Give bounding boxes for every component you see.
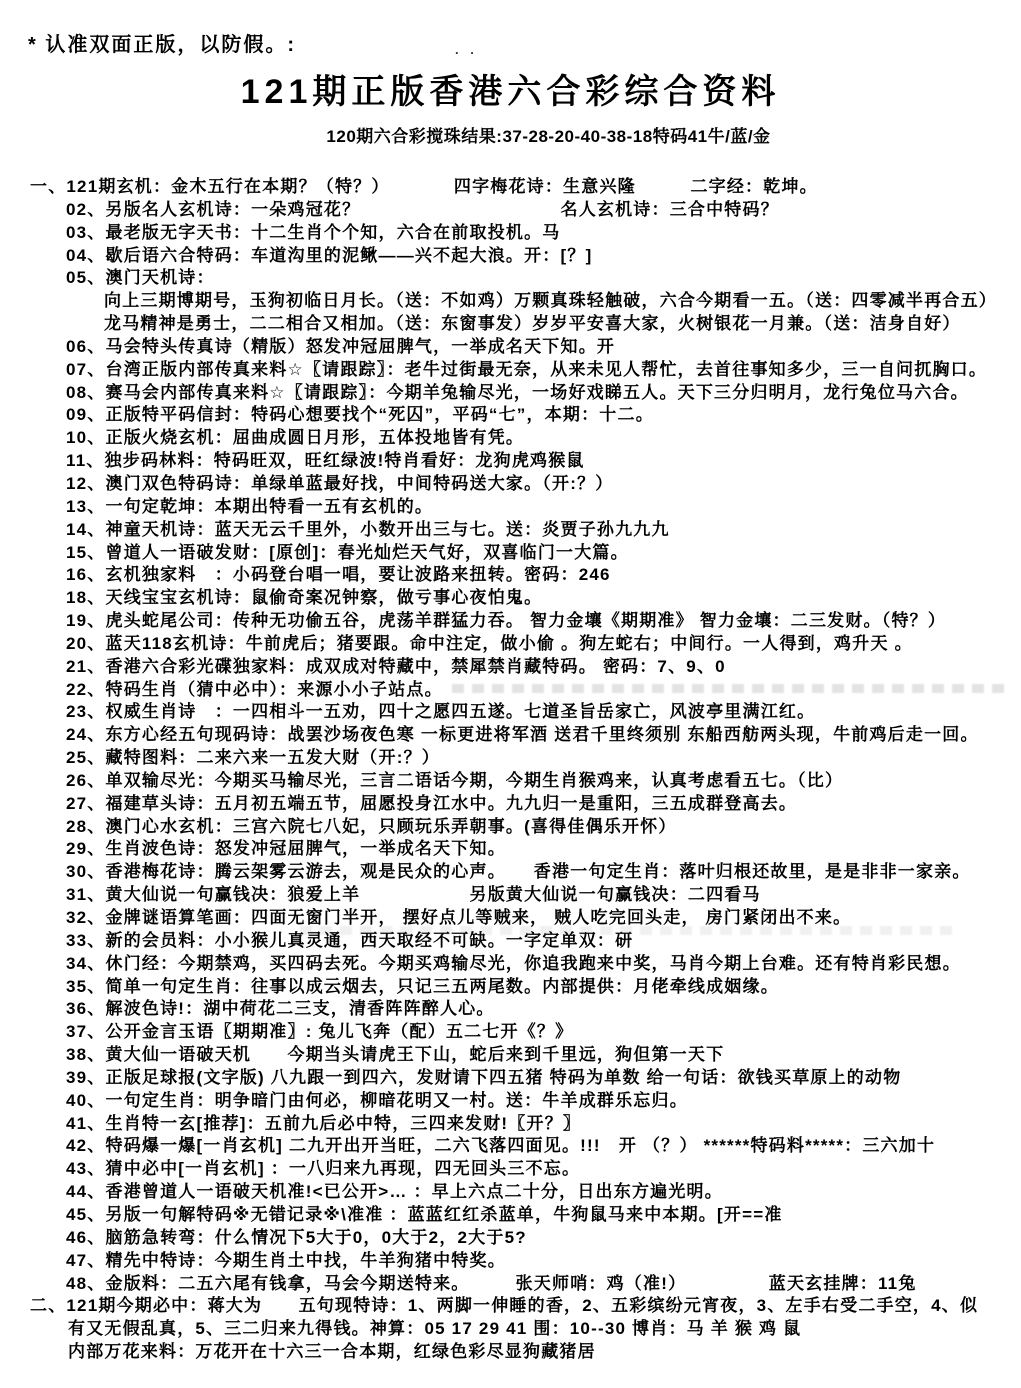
text-line: 04、歇后语六合特码：车道沟里的泥鳅——兴不起大浪。开：[？]: [0, 245, 1021, 268]
text-line: 一、121期玄机：金木五行在本期？（特？） 四字梅花诗：生意兴隆 二字经：乾坤。: [0, 176, 1021, 199]
text-line: 40、一句定生肖：明争暗门由何必，柳暗花明又一村。送：牛羊成群乐忘归。: [0, 1090, 1021, 1113]
text-line: 34、休门经：今期禁鸡，买四码去死。今期买鸡输尽光，你追我跑来中奖，马肖今期上台…: [0, 953, 1021, 976]
text-line: 11、独步码林料：特码旺双，旺红绿波!特肖看好：龙狗虎鸡猴鼠: [0, 450, 1021, 473]
previous-draw-result: 120期六合彩搅珠结果:37-28-20-40-38-18特码41牛/蓝/金: [38, 122, 1021, 147]
text-line: 36、解波色诗!：湖中荷花二三支，清香阵阵醉人心。: [0, 998, 1021, 1021]
text-line: 18、天线宝宝玄机诗：鼠偷奇案况钟察，做亏事心夜怕鬼。: [0, 587, 1021, 610]
text-line: 20、蓝天118玄机诗：牛前虎后；猪要跟。命中注定，做小偷 。狗左蛇右；中间行。…: [0, 633, 1021, 656]
text-line: 二、121期今期必中：蒋大为 五句现特诗：1、两脚一伸睡的香，2、五彩缤纷元宵夜…: [0, 1295, 1021, 1318]
text-line: 38、黄大仙一语破天机 今期当头请虎王下山，蛇后来到千里远，狗但第一天下: [0, 1044, 1021, 1067]
text-line: 28、澳门心水玄机：三宫六院七八妃，只顾玩乐弄朝事。(喜得佳偶乐开怀）: [0, 816, 1021, 839]
page-title: 121期正版香港六合彩综合资料: [0, 64, 1021, 113]
text-line: 46、脑筋急转弯：什么情况下5大于0，0大于2，2大于5?: [0, 1227, 1021, 1250]
text-line: 21、香港六合彩光碟独家料：成双成对特藏中，禁犀禁肖藏特码。 密码：7、9、0: [0, 656, 1021, 679]
text-line: 24、东方心经五句现码诗：战罢沙场夜色寒 一标更进将军酒 送君千里终须别 东船西…: [0, 724, 1021, 747]
text-line: 龙马精神是勇士，二二相合又相加。（送：东窗事发）岁岁平安喜大家，火树银花一月兼。…: [0, 313, 1021, 336]
text-line: 30、香港梅花诗：腾云架雾云游去，观是民众的心声。 香港一句定生肖：落叶归根还故…: [0, 861, 1021, 884]
text-line: 37、公开金言玉语〖期期准〗: 兔儿飞奔（配）五二七开《？》: [0, 1021, 1021, 1044]
stray-dots-mark: . .: [455, 42, 478, 57]
text-line: 47、精先中特诗：今期生肖土中找，牛羊狗猪中特奖。: [0, 1250, 1021, 1273]
text-line: 有又无假乱真，5、三二归来九得钱。神算：05 17 29 41 围：10--30…: [0, 1318, 1021, 1341]
text-line: 39、正版足球报(文字版) 八九跟一到四六，发财请下四五猪 特码为单数 给一句话…: [0, 1067, 1021, 1090]
text-line: 14、神童天机诗：蓝天无云千里外，小数开出三与七。送：炎贾子孙九九九: [0, 519, 1021, 542]
text-line: 22、特码生肖（猜中必中）：来源小小子站点。: [0, 679, 1021, 702]
text-line: 23、权威生肖诗 ：一四相斗一五劝，四十之愿四五遂。七道圣旨岳家亡，风波亭里满江…: [0, 701, 1021, 724]
text-line: 08、赛马会内部传真来料☆〖请跟踪〗：今期羊兔输尽光，一场好戏睇五人。天下三分归…: [0, 382, 1021, 405]
text-line: 03、最老版无字天书：十二生肖个个知，六合在前取投机。马: [0, 222, 1021, 245]
text-line: 45、另版一句解特码※无错记录※\准准 ：蓝蓝红红杀蓝单，牛狗鼠马来中本期。[开…: [0, 1204, 1021, 1227]
text-line: 25、藏特图料：二来六来一五发大财（开:？）: [0, 747, 1021, 770]
text-line: 19、虎头蛇尾公司：传种无功偷五谷，虎荡羊群猛力吞。 智力金壤《期期准》 智力金…: [0, 610, 1021, 633]
text-line: 26、单双输尽光：今期买马输尽光，三言二语话今期，今期生肖猴鸡来，认真考虑看五七…: [0, 770, 1021, 793]
text-line: 10、正版火烧玄机：屈曲成圆日月形，五体投地皆有凭。: [0, 427, 1021, 450]
text-line: 07、台湾正版内部传真来料☆〖请跟踪〗：老牛过街最无奈，从来未见人帮忙，去首往事…: [0, 359, 1021, 382]
text-line: 44、香港曾道人一语破天机准!<已公开>… ：早上六点二十分，日出东方遍光明。: [0, 1181, 1021, 1204]
text-line: 41、生肖特一玄[推荐]：五前九后必中特，三四来发财!〖开？〗: [0, 1113, 1021, 1136]
text-line: 15、曾道人一语破发财：[原创]：春光灿烂天气好，双喜临门一大篇。: [0, 542, 1021, 565]
text-line: 05、澳门天机诗：: [0, 267, 1021, 290]
text-line: 12、澳门双色特码诗：单绿单蓝最好找，中间特码送大家。（开:？）: [0, 473, 1021, 496]
text-line: 31、黄大仙说一句赢钱决：狼爱上羊 另版黄大仙说一句赢钱决：二四看马: [0, 884, 1021, 907]
text-line: 48、金版料：二五六尾有钱拿，马会今期送特来。 张天师哨：鸡（准!） 蓝天玄挂牌…: [0, 1273, 1021, 1296]
text-line: 42、特码爆一爆[一肖玄机] 二九开出开当旺，二六飞落四面见。!!! 开 （？）…: [0, 1135, 1021, 1158]
text-line: 35、简单一句定生肖：往事以成云烟去，只记三五两尾数。内部提供：月佬牵线成姻缘。: [0, 976, 1021, 999]
text-line: 09、正版特平码信封：特码心想要找个“死囚”，平码“七”，本期：十二。: [0, 404, 1021, 427]
text-line: 32、金牌谜语算笔画：四面无窗门半开， 摆好点儿等贼来， 贼人吃完回头走， 房门…: [0, 907, 1021, 930]
text-line: 02、另版名人玄机诗：一朵鸡冠花？ 名人玄机诗：三合中特码？: [0, 199, 1021, 222]
text-line: 16、玄机独家料 ：小码登台唱一唱，要让波路来扭转。密码：246: [0, 564, 1021, 587]
text-line: 向上三期博期号，玉狗初临日月长。（送：不如鸡）万颗真珠轻触破，六合今期看一五。（…: [0, 290, 1021, 313]
authenticity-notice: * 认准双面正版，以防假。:: [28, 28, 296, 57]
content-lines: 一、121期玄机：金木五行在本期？（特？） 四字梅花诗：生意兴隆 二字经：乾坤。…: [0, 176, 1021, 1364]
text-line: 33、新的会员料：小小猴儿真灵通，西天取经不可缺。一字定单双：研: [0, 930, 1021, 953]
text-line: 43、猜中必中[一肖玄机] ：一八归来九再现，四无回头三不忘。: [0, 1158, 1021, 1181]
lottery-info-sheet: * 认准双面正版，以防假。: . . 121期正版香港六合彩综合资料 120期六…: [0, 0, 1021, 1388]
text-line: 13、一句定乾坤：本期出特看一五有玄机的。: [0, 496, 1021, 519]
text-line: 27、福建草头诗：五月初五端五节，屈愿投身江水中。九九归一是重阳，三五成群登高去…: [0, 793, 1021, 816]
text-line: 06、马会特头传真诗（精版）怒发冲冠屈脾气，一举成名天下知。开: [0, 336, 1021, 359]
text-line: 29、生肖波色诗：怒发冲冠屈脾气，一举成名天下知。: [0, 838, 1021, 861]
text-line: 内部万花来料：万花开在十六三一合本期，红绿色彩尽显狗藏猪居: [0, 1341, 1021, 1364]
